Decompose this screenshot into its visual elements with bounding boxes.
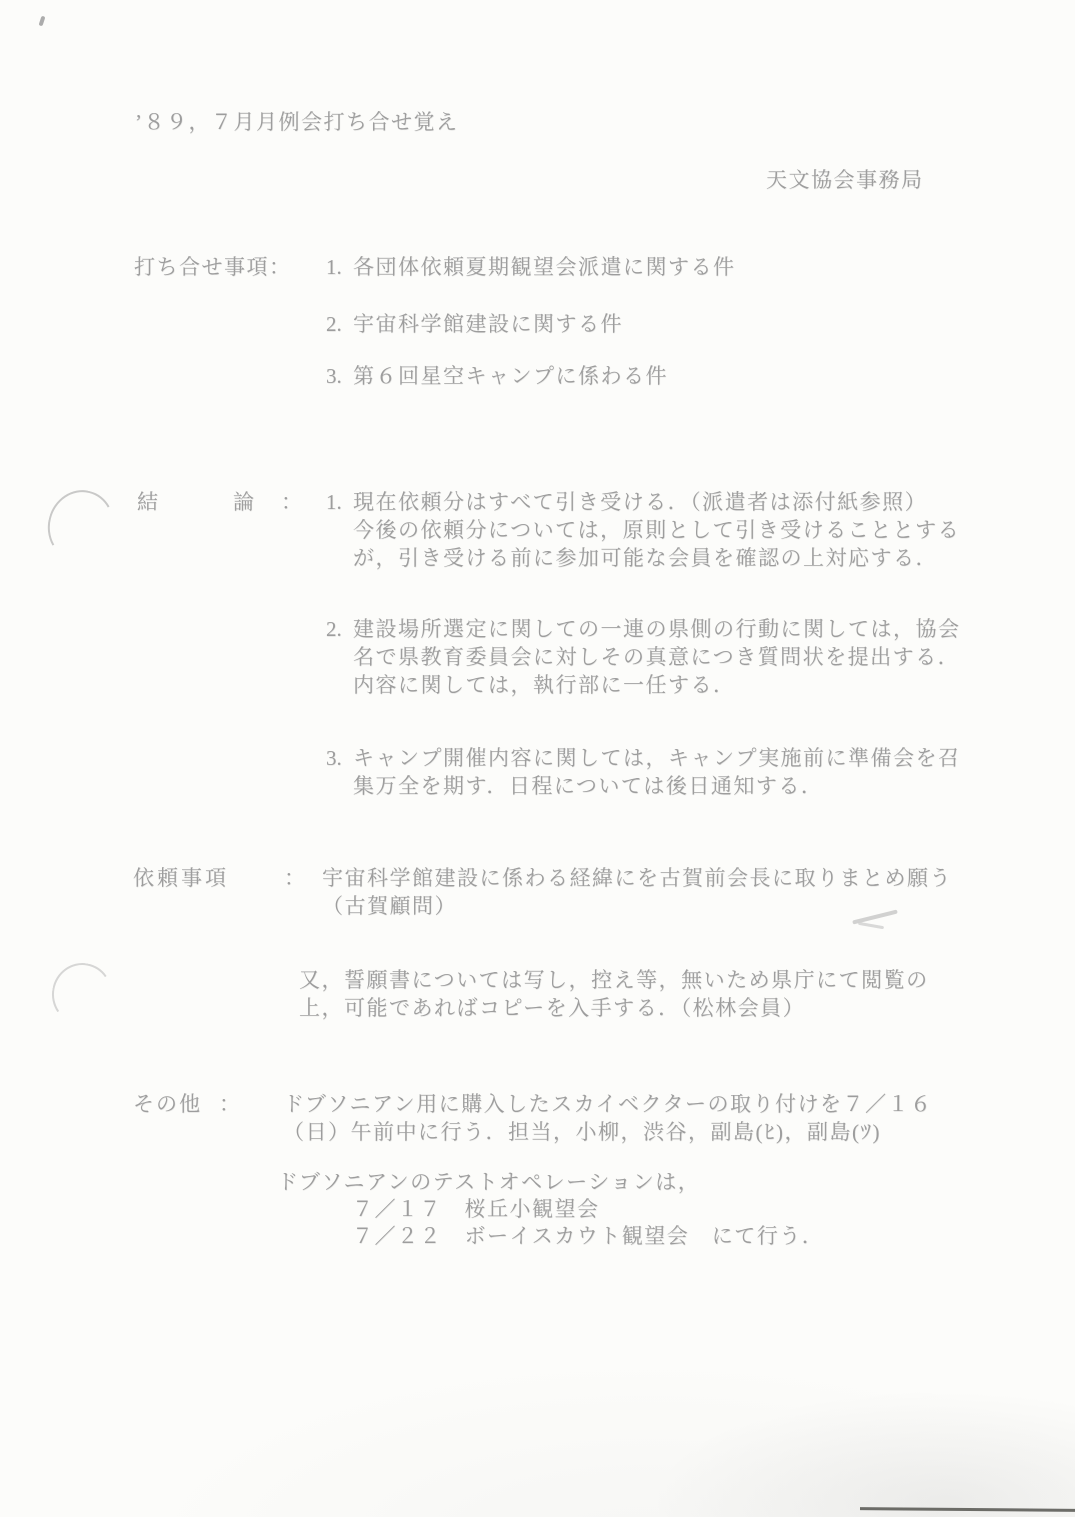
agenda-item: 1.各団体依頼夏期観望会派遣に関する件 bbox=[326, 253, 736, 281]
text-line: 今後の依頼分については，原則として引き受けることとする bbox=[353, 516, 960, 544]
text-line: キャンプ開催内容に関しては，キャンプ実施前に準備会を召 bbox=[353, 746, 961, 770]
conclusion-item: 1.現在依頼分はすべて引き受ける．（派遣者は添付紙参照） 今後の依頼分については… bbox=[353, 488, 960, 572]
agenda-item-text: 第６回星空キャンプに係わる件 bbox=[353, 364, 668, 388]
item-number: 1. bbox=[326, 488, 353, 516]
text-line: 現在依頼分はすべて引き受ける．（派遣者は添付紙参照） bbox=[353, 490, 927, 514]
punch-hole-mark-top bbox=[40, 483, 121, 569]
conclusion-label-left: 結 bbox=[137, 488, 160, 516]
request-note-line: 又，誓願書については写し，控え等，無いため県庁にて閲覧の bbox=[299, 966, 929, 994]
text-line: 建設場所選定に関しての一連の県側の行動に関しては，協会 bbox=[353, 617, 961, 641]
text-line: 集万全を期す．日程については後日通知する． bbox=[353, 772, 961, 800]
conclusion-label-colon: ： bbox=[281, 488, 304, 516]
document-issuer: 天文協会事務局 bbox=[766, 166, 924, 194]
agenda-item-number: 2. bbox=[326, 310, 353, 338]
request-note: 又，誓願書については写し，控え等，無いため県庁にて閲覧の 上，可能であればコピー… bbox=[299, 966, 929, 1022]
agenda-item: 3.第６回星空キャンプに係わる件 bbox=[326, 362, 668, 390]
request-colon: ： bbox=[284, 864, 307, 892]
test-schedule-line: ７／２２ ボーイスカウト観望会 にて行う． bbox=[352, 1223, 824, 1250]
test-schedule: ７／１７ 桜丘小観望会 ７／２２ ボーイスカウト観望会 にて行う． bbox=[352, 1196, 824, 1250]
request-label: 依頼事項 bbox=[133, 864, 229, 892]
scanned-document-page: ’８９，７月月例会打ち合せ覚え 天文協会事務局 打ち合せ事項： 1.各団体依頼夏… bbox=[0, 0, 1075, 1517]
conclusion-item: 2.建設場所選定に関しての一連の県側の行動に関しては，協会 名で県教育委員会に対… bbox=[353, 615, 961, 699]
document-title: ’８９，７月月例会打ち合せ覚え bbox=[135, 108, 459, 136]
agenda-item-text: 各団体依頼夏期観望会派遣に関する件 bbox=[353, 255, 736, 279]
agenda-item: 2.宇宙科学館建設に関する件 bbox=[326, 310, 623, 338]
test-note: ドブソニアンのテストオペレーションは， bbox=[277, 1168, 700, 1196]
punch-hole-mark-bottom bbox=[47, 958, 117, 1029]
conclusion-item-first-line: 1.現在依頼分はすべて引き受ける．（派遣者は添付紙参照） bbox=[326, 488, 960, 516]
pencil-smudge-mark-2 bbox=[858, 922, 884, 929]
conclusion-item-first-line: 2.建設場所選定に関しての一連の県側の行動に関しては，協会 bbox=[326, 615, 961, 643]
other-line: ドブソニアン用に購入したスカイベクターの取り付けを７／１６ bbox=[283, 1090, 933, 1118]
request-note-line: 上，可能であればコピーを入手する．（松林会員） bbox=[299, 994, 929, 1022]
scan-speck bbox=[39, 16, 46, 27]
other-line: （日）午前中に行う．担当，小柳，渋谷，副島(ﾋ)，副島(ﾂ) bbox=[283, 1118, 933, 1146]
request-body: 宇宙科学館建設に係わる経緯にを古賀前会長に取りまとめ願う （古賀顧問） bbox=[322, 864, 952, 920]
test-schedule-line: ７／１７ 桜丘小観望会 bbox=[352, 1196, 824, 1223]
agenda-item-number: 1. bbox=[326, 253, 353, 281]
other-body: ドブソニアン用に購入したスカイベクターの取り付けを７／１６ （日）午前中に行う．… bbox=[283, 1090, 933, 1146]
conclusion-item: 3.キャンプ開催内容に関しては，キャンプ実施前に準備会を召 集万全を期す．日程に… bbox=[353, 744, 961, 800]
other-label: その他 bbox=[133, 1090, 202, 1118]
item-number: 2. bbox=[326, 615, 353, 643]
other-colon: ： bbox=[219, 1090, 242, 1118]
scan-edge-line bbox=[860, 1507, 1075, 1512]
text-line: が，引き受ける前に参加可能な会員を確認の上対応する． bbox=[353, 544, 960, 572]
text-line: 名で県教育委員会に対しその真意につき質問状を提出する． bbox=[353, 643, 961, 671]
agenda-item-text: 宇宙科学館建設に関する件 bbox=[353, 312, 623, 336]
conclusion-label-right: 論 bbox=[233, 488, 256, 516]
item-number: 3. bbox=[326, 744, 353, 772]
agenda-item-number: 3. bbox=[326, 362, 353, 390]
conclusion-item-first-line: 3.キャンプ開催内容に関しては，キャンプ実施前に準備会を召 bbox=[326, 744, 961, 772]
text-line: 内容に関しては，執行部に一任する． bbox=[353, 671, 961, 699]
request-line: 宇宙科学館建設に係わる経緯にを古賀前会長に取りまとめ願う bbox=[322, 864, 952, 892]
agenda-label: 打ち合せ事項： bbox=[134, 253, 292, 281]
request-line: （古賀顧問） bbox=[322, 892, 952, 920]
